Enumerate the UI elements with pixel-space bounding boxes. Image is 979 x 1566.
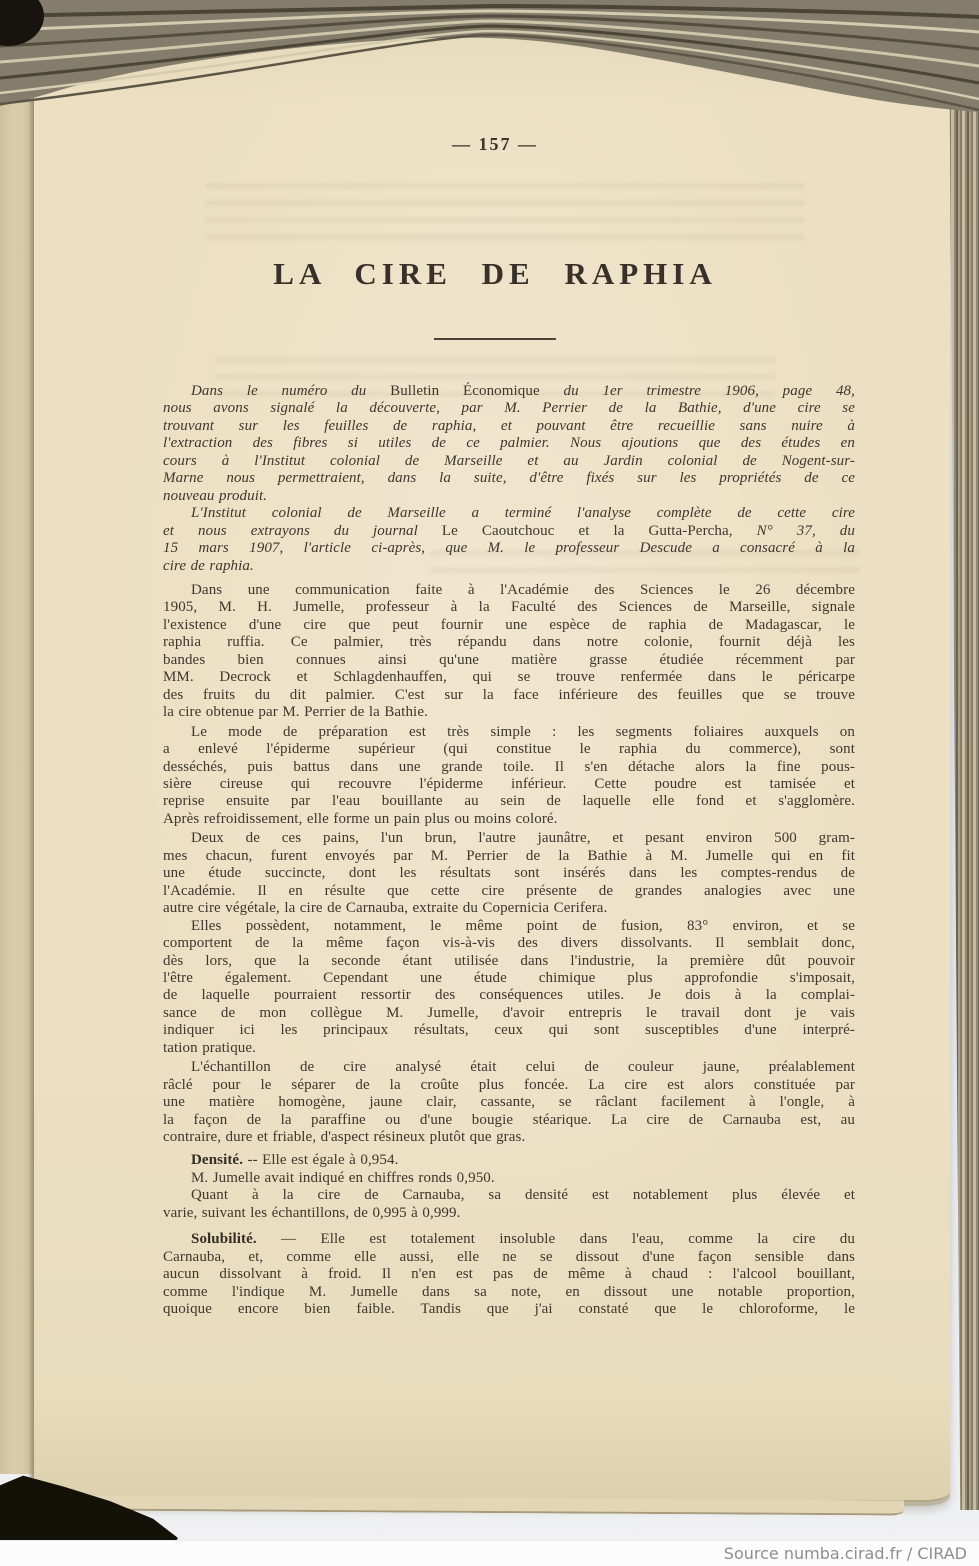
- page-number: — 157 —: [150, 134, 840, 155]
- book-scan: { "scan": { "page_number": "— 157 —", "t…: [0, 0, 979, 1566]
- paragraph: Dans le numéro du Bulletin Économique du…: [163, 383, 855, 505]
- text-line: mes chacun, furent envoyés par M. Perrie…: [163, 848, 855, 865]
- text-line: râclé pour le séparer de la croûte plus …: [163, 1077, 855, 1094]
- text-line: L'Institut colonial de Marseille a termi…: [163, 505, 855, 522]
- paragraph: Quant à la cire de Carnauba, sa densité …: [163, 1187, 855, 1222]
- text-column: Dans le numéro du Bulletin Économique du…: [163, 383, 855, 1319]
- text-line: l'être également. Cependant une étude ch…: [163, 970, 855, 987]
- text-line: comme l'indique M. Jumelle dans sa note,…: [163, 1284, 855, 1301]
- text-line: Quant à la cire de Carnauba, sa densité …: [163, 1187, 855, 1204]
- text-line: des fruits du dit palmier. C'est sur la …: [163, 687, 855, 704]
- top-edge-page-stack: [0, 0, 979, 120]
- paragraph: Solubilité. — Elle est totalement insolu…: [163, 1231, 855, 1318]
- paragraph: M. Jumelle avait indiqué en chiffres ron…: [163, 1170, 855, 1187]
- text-line: cours à l'Institut colonial de Marseille…: [163, 453, 855, 470]
- text-line: Deux de ces pains, l'un brun, l'autre ja…: [163, 830, 855, 847]
- term-label: Densité.: [191, 1152, 243, 1168]
- text-line: varie, suivant les échantillons, de 0,99…: [163, 1205, 855, 1222]
- text-line: sance de mon collègue M. Jumelle, d'avoi…: [163, 1005, 855, 1022]
- text-line: nous avons signalé la découverte, par M.…: [163, 400, 855, 417]
- text-line: Dans le numéro du Bulletin Économique du…: [163, 383, 855, 400]
- title-rule: [434, 338, 556, 340]
- text-line: tation pratique.: [163, 1040, 855, 1057]
- text-line: desséchés, puis battus dans une grande t…: [163, 759, 855, 776]
- text-line: la façon de la paraffine ou d'une bougie…: [163, 1112, 855, 1129]
- text-line: nouveau produit.: [163, 488, 855, 505]
- paragraph: Densité. -- Elle est égale à 0,954.: [163, 1152, 855, 1169]
- text-line: aucun dissolvant à froid. Il n'en est pa…: [163, 1266, 855, 1283]
- text-line: trouvant sur les feuilles de raphia, et …: [163, 418, 855, 435]
- text-line: l'extraction des fibres si utiles de ce …: [163, 435, 855, 452]
- text-line: Marne nous permettraient, dans la suite,…: [163, 470, 855, 487]
- text-line: 15 mars 1907, l'article ci-après, que M.…: [163, 540, 855, 557]
- article-title: LA CIRE DE RAPHIA: [150, 256, 840, 292]
- text-line: MM. Decrock et Schlagdenhauffen, qui se …: [163, 669, 855, 686]
- text-line: Dans une communication faite à l'Académi…: [163, 582, 855, 599]
- text-line: et nous extrayons du journal Le Caoutcho…: [163, 523, 855, 540]
- text-line: une étude succincte, dont les résultats …: [163, 865, 855, 882]
- text-line: une matière homogène, jaune clair, cassa…: [163, 1094, 855, 1111]
- source-credit-text: Source numba.cirad.fr / CIRAD: [724, 1544, 967, 1563]
- paragraph: Le mode de préparation est très simple :…: [163, 724, 855, 829]
- source-credit-bar: Source numba.cirad.fr / CIRAD: [0, 1540, 979, 1566]
- text-line: Après refroidissement, elle forme un pai…: [163, 811, 855, 828]
- paragraph: Dans une communication faite à l'Académi…: [163, 582, 855, 722]
- paragraph: Deux de ces pains, l'un brun, l'autre ja…: [163, 830, 855, 917]
- text-line: 1905, M. H. Jumelle, professeur à la Fac…: [163, 599, 855, 616]
- text-line: cire de raphia.: [163, 558, 855, 575]
- text-line: Carnauba, et, comme elle aussi, elle ne …: [163, 1249, 855, 1266]
- paragraph: Elles possèdent, notamment, le même poin…: [163, 918, 855, 1058]
- text-line: Solubilité. — Elle est totalement insolu…: [163, 1231, 855, 1248]
- text-line: l'existence d'une cire que peut fournir …: [163, 617, 855, 634]
- text-line: sière cireuse qui recouvre l'épiderme in…: [163, 776, 855, 793]
- text-line: autre cire végétale, la cire de Carnauba…: [163, 900, 855, 917]
- text-line: L'échantillon de cire analysé était celu…: [163, 1059, 855, 1076]
- text-line: Le mode de préparation est très simple :…: [163, 724, 855, 741]
- text-line: bandes bien connues ainsi qu'une matière…: [163, 652, 855, 669]
- roman-emphasis: Bulletin Économique: [390, 383, 540, 399]
- paragraph: L'Institut colonial de Marseille a termi…: [163, 505, 855, 575]
- fore-edge-page-stack: [945, 24, 979, 1510]
- paragraph: L'échantillon de cire analysé était celu…: [163, 1059, 855, 1146]
- text-line: la cire obtenue par M. Perrier de la Bat…: [163, 704, 855, 721]
- text-line: reprise ensuite par l'eau bouillante au …: [163, 793, 855, 810]
- text-line: M. Jumelle avait indiqué en chiffres ron…: [163, 1170, 855, 1187]
- term-label: Solubilité.: [191, 1231, 257, 1247]
- text-line: quoique encore bien faible. Tandis que j…: [163, 1301, 855, 1318]
- text-line: Elles possèdent, notamment, le même poin…: [163, 918, 855, 935]
- text-line: dès lors, que la seconde étant utilisée …: [163, 953, 855, 970]
- text-line: a enlevé l'épiderme supérieur (qui const…: [163, 741, 855, 758]
- roman-emphasis: Le Caoutchouc et la Gutta-Percha: [442, 523, 729, 539]
- text-line: comportent de la même façon vis-à-vis de…: [163, 935, 855, 952]
- text-line: l'Académie. Il en résulte que cette cire…: [163, 883, 855, 900]
- text-line: indiquer ici les principaux résultats, c…: [163, 1022, 855, 1039]
- text-line: contraire, dure et friable, d'aspect rés…: [163, 1129, 855, 1146]
- text-line: raphia ruffia. Ce palmier, très répandu …: [163, 634, 855, 651]
- text-line: de laquelle pourraient ressortir des con…: [163, 987, 855, 1004]
- text-line: Densité. -- Elle est égale à 0,954.: [163, 1152, 855, 1169]
